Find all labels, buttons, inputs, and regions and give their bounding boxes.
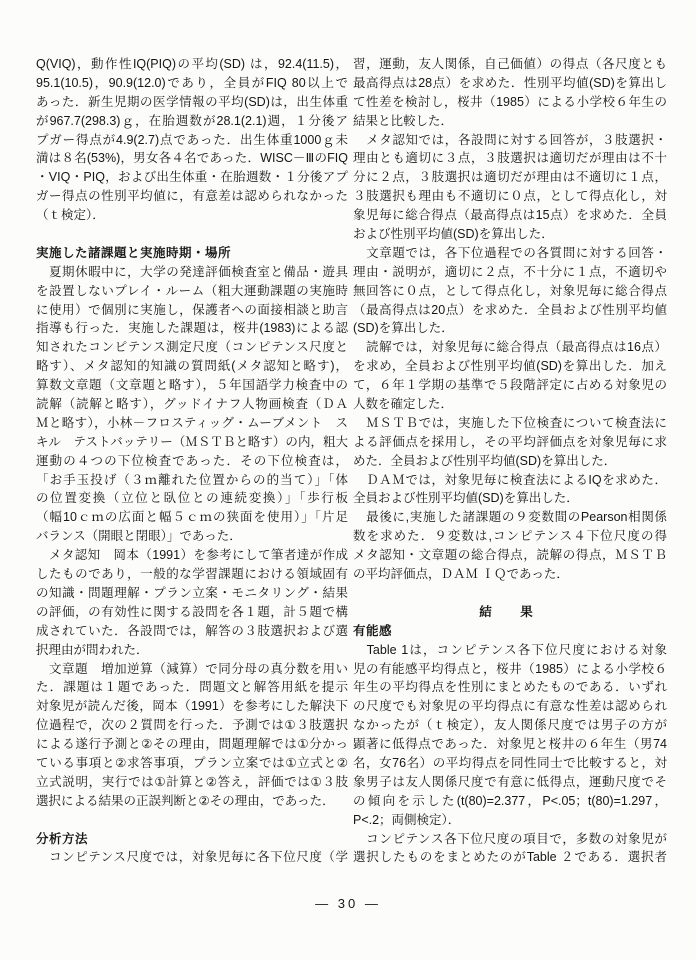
text-line: 理由・説明が，適切に２点，不十分に１点，不適切や	[353, 263, 667, 282]
text-line: 数を求めた．９変数は,コンピテンス４下位尺度の得点，	[353, 527, 667, 546]
text-line: に使用）で個別に実施し，保護者への面接相談と助言	[36, 301, 348, 320]
paper-page: Q(VIQ)，動作性IQ(PIQ)の平均(SD) は，92.4(11.5)，95…	[0, 0, 696, 960]
text-line: て性差を検討し，桜井（1985）による小学校６年生の	[353, 93, 667, 112]
page-number: — 30 —	[0, 894, 696, 913]
text-line: 全員および性別平均値(SD)を算出した．	[353, 489, 667, 508]
text-line: 理由とも適切に３点，３肢選択は適切だが理由は不十	[353, 149, 667, 168]
blank-line	[36, 811, 348, 830]
text-line: あった．新生児期の医学情報の平均(SD)は，出生体重	[36, 93, 348, 112]
text-line: 成されていた．各設問では，解答の３肢選択および選	[36, 622, 348, 641]
text-line: 夏期休暇中に，大学の発達評価検査室と備品・遊具	[36, 263, 348, 282]
blank-line	[36, 225, 348, 244]
text-line: 択理由が問われた．	[36, 641, 348, 660]
text-line: の評価，の有効性に関する設問を各１題，計５題で構	[36, 603, 348, 622]
section-heading: 有能感	[353, 622, 667, 641]
text-line: Q(VIQ)，動作性IQ(PIQ)の平均(SD) は，92.4(11.5)，	[36, 55, 348, 74]
text-line: の尺度でも対象児の平均得点に有意な性差は認められ	[353, 697, 667, 716]
text-line: ３肢選択も理由も不適切に０点，として得点化し，対	[353, 187, 667, 206]
text-line: 算数文章題（文章題と略す），５年国語学力検査中の	[36, 376, 348, 395]
text-line: 位過程で，次の２質問を行った．予測では①３肢選択	[36, 716, 348, 735]
section-heading: 実施した諸課題と実施時期・場所	[36, 244, 348, 263]
text-line: 名，女76名）の平均得点を同性同士で比較すると，対	[353, 754, 667, 773]
text-line: （ｔ検定）．	[36, 206, 348, 225]
text-line: プガー得点が4.9(2.7)点であった．出生体重1000ｇ未	[36, 131, 348, 150]
text-line: キル テストバッテリー（ＭＳＴＢと略す）の内，粗大	[36, 433, 348, 452]
blank-line	[353, 584, 667, 603]
text-line: 満は８名(53%)，男女各４名であった．WISC－ⅢのFIQ	[36, 149, 348, 168]
text-line: ＤＡＭでは，対象児毎に検査法によるIQを求めた．	[353, 471, 667, 490]
text-line: ＭＳＴＢでは，実施した下位検査について検査法に	[353, 414, 667, 433]
text-line: 選択による結果の正誤判断と②その理由，であった．	[36, 792, 348, 811]
text-line: めた．全員および性別平均値(SD)を算出した．	[353, 452, 667, 471]
text-line: 運動の４つの下位検査であった．その下位検査は，	[36, 452, 348, 471]
text-line: 文章題 増加逆算（減算）で同分母の真分数を用い	[36, 660, 348, 679]
text-line: を設置しないプレイ・ルーム（粗大運動課題の実施時	[36, 282, 348, 301]
text-line: および性別平均値(SD)を算出した．	[353, 225, 667, 244]
text-line: 結果と比較した．	[353, 112, 667, 131]
text-line: の平均評価点，ＤＡＭ ＩＱであった．	[353, 565, 667, 584]
text-line: 人数を確定した．	[353, 395, 667, 414]
text-line: 選択したものをまとめたのがTable ２である．選択者	[353, 848, 667, 867]
text-line: 読解（読解と略す），グッドイナフ人物画検査（ＤＡ	[36, 395, 348, 414]
text-line: 「お手玉投げ（３ｍ離れた位置からの的当て）」「体	[36, 471, 348, 490]
text-line: の位置変換（立位と臥位との連続変換）」「歩行板	[36, 489, 348, 508]
text-line: 最後に,実施した諸課題の９変数間のPearson相関係	[353, 508, 667, 527]
text-line: 対象児が読んだ後，岡本（1991）を参考にした解決下	[36, 697, 348, 716]
text-line: ている事項と②求答事項，プラン立案では①立式と②	[36, 754, 348, 773]
text-line: を求め，全員および性別平均値(SD)を算出した．加え	[353, 357, 667, 376]
text-line: メタ認知 岡本（1991）を参考にして筆者達が作成	[36, 546, 348, 565]
text-line: た．課題は１題であった．問題文と解答用紙を提示し，	[36, 678, 348, 697]
text-line: よる評価点を採用し，その平均評価点を対象児毎に求	[353, 433, 667, 452]
text-line: 無回答に０点，として得点化し，対象児毎に総合得点	[353, 282, 667, 301]
text-line: ガー得点の性別平均値に，有意差は認められなかった	[36, 187, 348, 206]
text-line: (SD)を算出した．	[353, 319, 667, 338]
text-line: 分に２点，３肢選択は適切だが理由は不適切に１点，	[353, 168, 667, 187]
text-line: 知されたコンピテンス測定尺度（コンピテンス尺度と	[36, 338, 348, 357]
text-line: メタ認知では，各設問に対する回答が，３肢選択・	[353, 131, 667, 150]
text-line: 顕著に低得点であった．対象児と桜井の６年生（男74	[353, 735, 667, 754]
left-column: Q(VIQ)，動作性IQ(PIQ)の平均(SD) は，92.4(11.5)，95…	[36, 55, 348, 867]
text-line: コンピテンス各下位尺度の項目で，多数の対象児が	[353, 830, 667, 849]
text-line: メタ認知・文章題の総合得点，読解の得点，ＭＳＴＢ	[353, 546, 667, 565]
text-line: （幅10ｃｍの広面と幅５ｃｍの狭面を使用）」「片足	[36, 508, 348, 527]
text-line: による遂行予測と②その理由，問題理解では①分かっ	[36, 735, 348, 754]
text-line: Table 1は，コンピテンス各下位尺度における対象	[353, 641, 667, 660]
text-line: （最高得点は20点）を求めた．全員および性別平均値	[353, 301, 667, 320]
text-line: 95.1(10.5)，90.9(12.0)であり，全員がFIQ 80以上で	[36, 74, 348, 93]
text-line: 立式説明，実行では①計算と②答え，評価では①３肢	[36, 773, 348, 792]
text-line: 最高得点は28点）を求めた．性別平均値(SD)を算出し	[353, 74, 667, 93]
text-line: ・VIQ・PIQ，および出生体重・在胎週数・１分後アプ	[36, 168, 348, 187]
text-line: Ｍと略す），小林－フロスティッグ・ムーブメント ス	[36, 414, 348, 433]
text-line: したものであり，一般的な学習課題における領域固有	[36, 565, 348, 584]
text-line: て，６年１学期の基準で５段階評定に占める対象児の	[353, 376, 667, 395]
right-column: 習，運動，友人関係，自己価値）の得点（各尺度とも最高得点は28点）を求めた．性別…	[353, 55, 667, 867]
text-line: 児の有能感平均得点と，桜井（1985）による小学校６	[353, 660, 667, 679]
text-line: 習，運動，友人関係，自己価値）の得点（各尺度とも	[353, 55, 667, 74]
text-line: バランス（開眼と閉眼）」であった．	[36, 527, 348, 546]
text-line: 文章題では，各下位過程での各質問に対する回答・	[353, 244, 667, 263]
text-line: コンピテンス尺度では，対象児毎に各下位尺度（学	[36, 848, 348, 867]
text-line: 指導も行った．実施した課題は，桜井(1983)による認	[36, 319, 348, 338]
section-heading: 分析方法	[36, 830, 348, 849]
text-line: 読解では，対象児毎に総合得点（最高得点は16点）	[353, 338, 667, 357]
text-line: 略す）、メタ認知的知識の質問紙(メタ認知と略す)，	[36, 357, 348, 376]
text-line: なかったが（ｔ検定），友人関係尺度では男子の方が	[353, 716, 667, 735]
text-line: 年生の平均得点を性別にまとめたものである．いずれ	[353, 678, 667, 697]
text-line: 象男子は友人関係尺度で有意に低得点，運動尺度でそ	[353, 773, 667, 792]
text-line: 象児毎に総合得点（最高得点は15点）を求めた．全員	[353, 206, 667, 225]
text-line: P<.2；両側検定）．	[353, 811, 667, 830]
text-line: の傾向を示した(t(80)=2.377，P<.05；t(80)=1.297，	[353, 792, 667, 811]
text-line: が967.7(298.3)ｇ，在胎週数が28.1(2.1)週，１分後ア	[36, 112, 348, 131]
text-line: の知識・問題理解・プラン立案・モニタリング・結果	[36, 584, 348, 603]
section-title: 結 果	[353, 603, 667, 622]
